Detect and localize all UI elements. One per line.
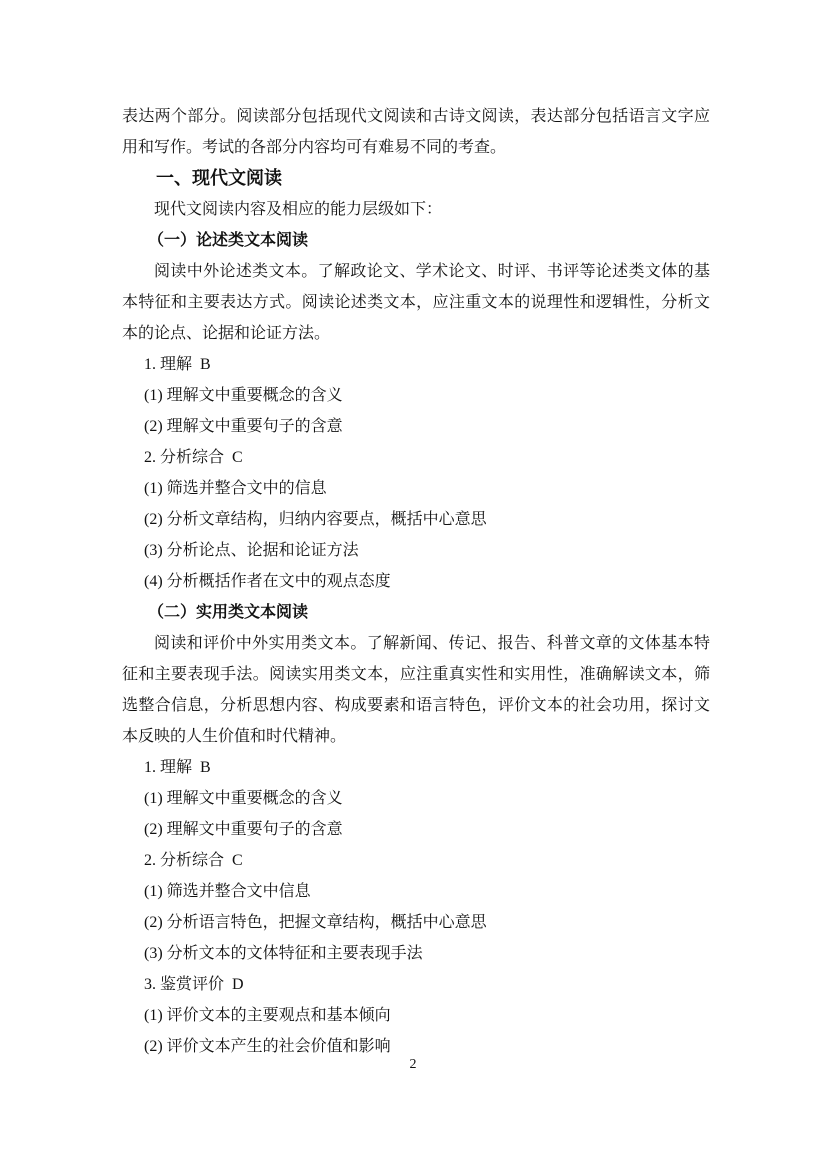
- list-item: (1) 理解文中重要概念的含义: [122, 783, 710, 814]
- list-item: (2) 理解文中重要句子的含意: [122, 814, 710, 845]
- page-number: 2: [0, 1055, 826, 1075]
- list-item: 2. 分析综合 C: [122, 442, 710, 473]
- section-lead-text: 现代文阅读内容及相应的能力层级如下：: [122, 194, 710, 225]
- list-item: (1) 筛选并整合文中信息: [122, 876, 710, 907]
- list-item: (1) 筛选并整合文中的信息: [122, 473, 710, 504]
- subsection-description-argumentative: 阅读中外论述类文本。了解政论文、学术论文、时评、书评等论述类文体的基本特征和主要…: [122, 256, 710, 349]
- list-item: (3) 分析论点、论据和论证方法: [122, 535, 710, 566]
- list-item: (1) 理解文中重要概念的含义: [122, 380, 710, 411]
- list-item: 2. 分析综合 C: [122, 845, 710, 876]
- list-item: (2) 分析语言特色，把握文章结构，概括中心意思: [122, 907, 710, 938]
- list-item: (3) 分析文本的文体特征和主要表现手法: [122, 938, 710, 969]
- section-heading-modern-text-reading: 一、现代文阅读: [122, 163, 710, 194]
- document-page: 表达两个部分。阅读部分包括现代文阅读和古诗文阅读，表达部分包括语言文字应用和写作…: [0, 0, 826, 1169]
- list-item: 1. 理解 B: [122, 349, 710, 380]
- list-item: 1. 理解 B: [122, 752, 710, 783]
- list-item: (2) 分析文章结构，归纳内容要点，概括中心意思: [122, 504, 710, 535]
- list-item: (1) 评价文本的主要观点和基本倾向: [122, 1000, 710, 1031]
- list-item: 3. 鉴赏评价 D: [122, 969, 710, 1000]
- subsection-heading-practical-texts: （二）实用类文本阅读: [122, 597, 710, 628]
- intro-paragraph: 表达两个部分。阅读部分包括现代文阅读和古诗文阅读，表达部分包括语言文字应用和写作…: [122, 101, 710, 163]
- subsection-heading-argumentative-texts: （一）论述类文本阅读: [122, 225, 710, 256]
- list-item: (2) 理解文中重要句子的含意: [122, 411, 710, 442]
- list-item: (4) 分析概括作者在文中的观点态度: [122, 566, 710, 597]
- subsection-description-practical: 阅读和评价中外实用类文本。了解新闻、传记、报告、科普文章的文体基本特征和主要表现…: [122, 628, 710, 752]
